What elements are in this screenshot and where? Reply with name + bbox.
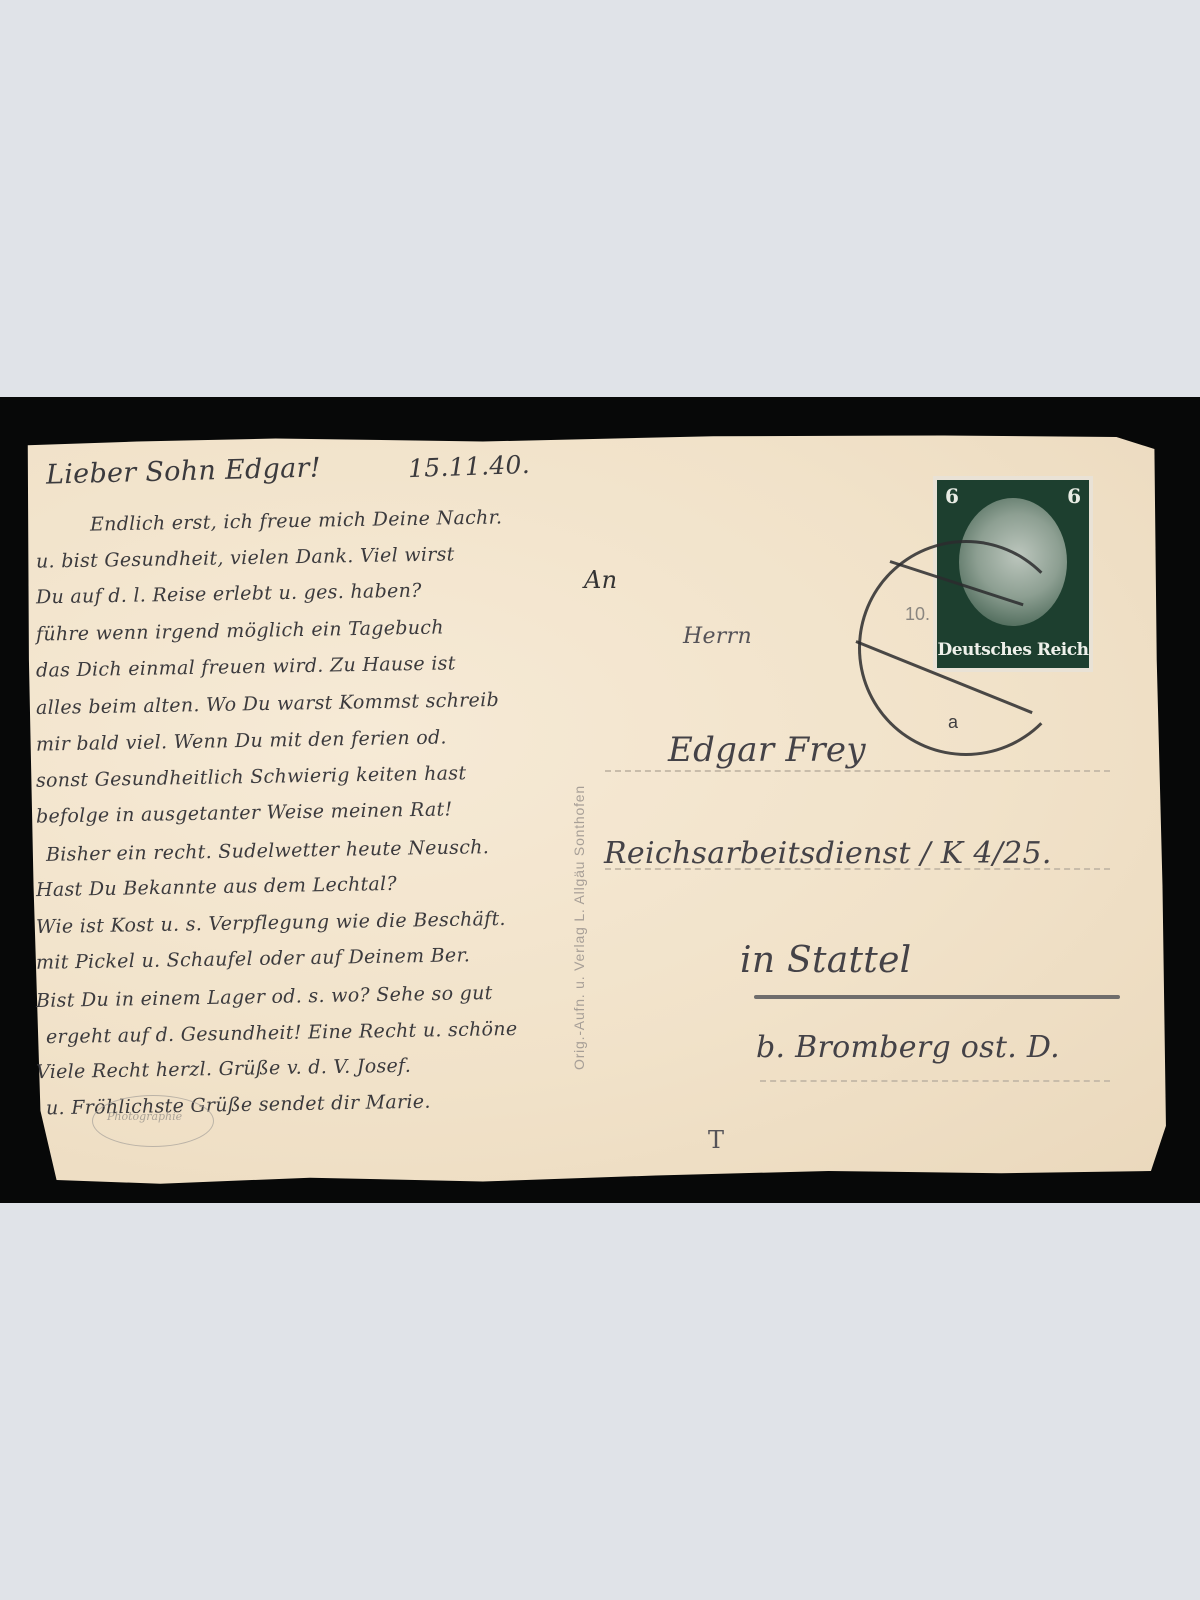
recipient-region: b. Bromberg ost. D. — [756, 1030, 1060, 1065]
address-line-1 — [605, 770, 1110, 772]
recipient-unit: Reichsarbeitsdienst / K 4/25. — [604, 836, 1052, 871]
address-line-2 — [605, 868, 1110, 870]
recipient-place: in Stattel — [740, 940, 912, 981]
photographer-ink-stamp: Photographie — [92, 1095, 214, 1147]
address-salutation: Herrn — [683, 624, 752, 649]
recipient-name: Edgar Frey — [668, 730, 866, 770]
postmark-circle — [858, 540, 1074, 756]
place-underline — [754, 995, 1120, 999]
mark-T: T — [708, 1126, 724, 1154]
stamp-denomination-right: 6 — [1067, 484, 1081, 508]
stamp-denomination-left: 6 — [945, 484, 959, 508]
address-line-3 — [760, 1080, 1110, 1082]
postmark-letter: a — [948, 712, 958, 733]
ink-stamp-text: Photographie — [107, 1110, 182, 1123]
publisher-imprint: Orig.-Aufn. u. Verlag L. Allgäu Sonthofe… — [571, 785, 587, 1070]
postmark-date: 10. — [905, 604, 930, 625]
address-prefix: An — [584, 566, 617, 594]
letter-date: 15.11.40. — [408, 450, 531, 483]
